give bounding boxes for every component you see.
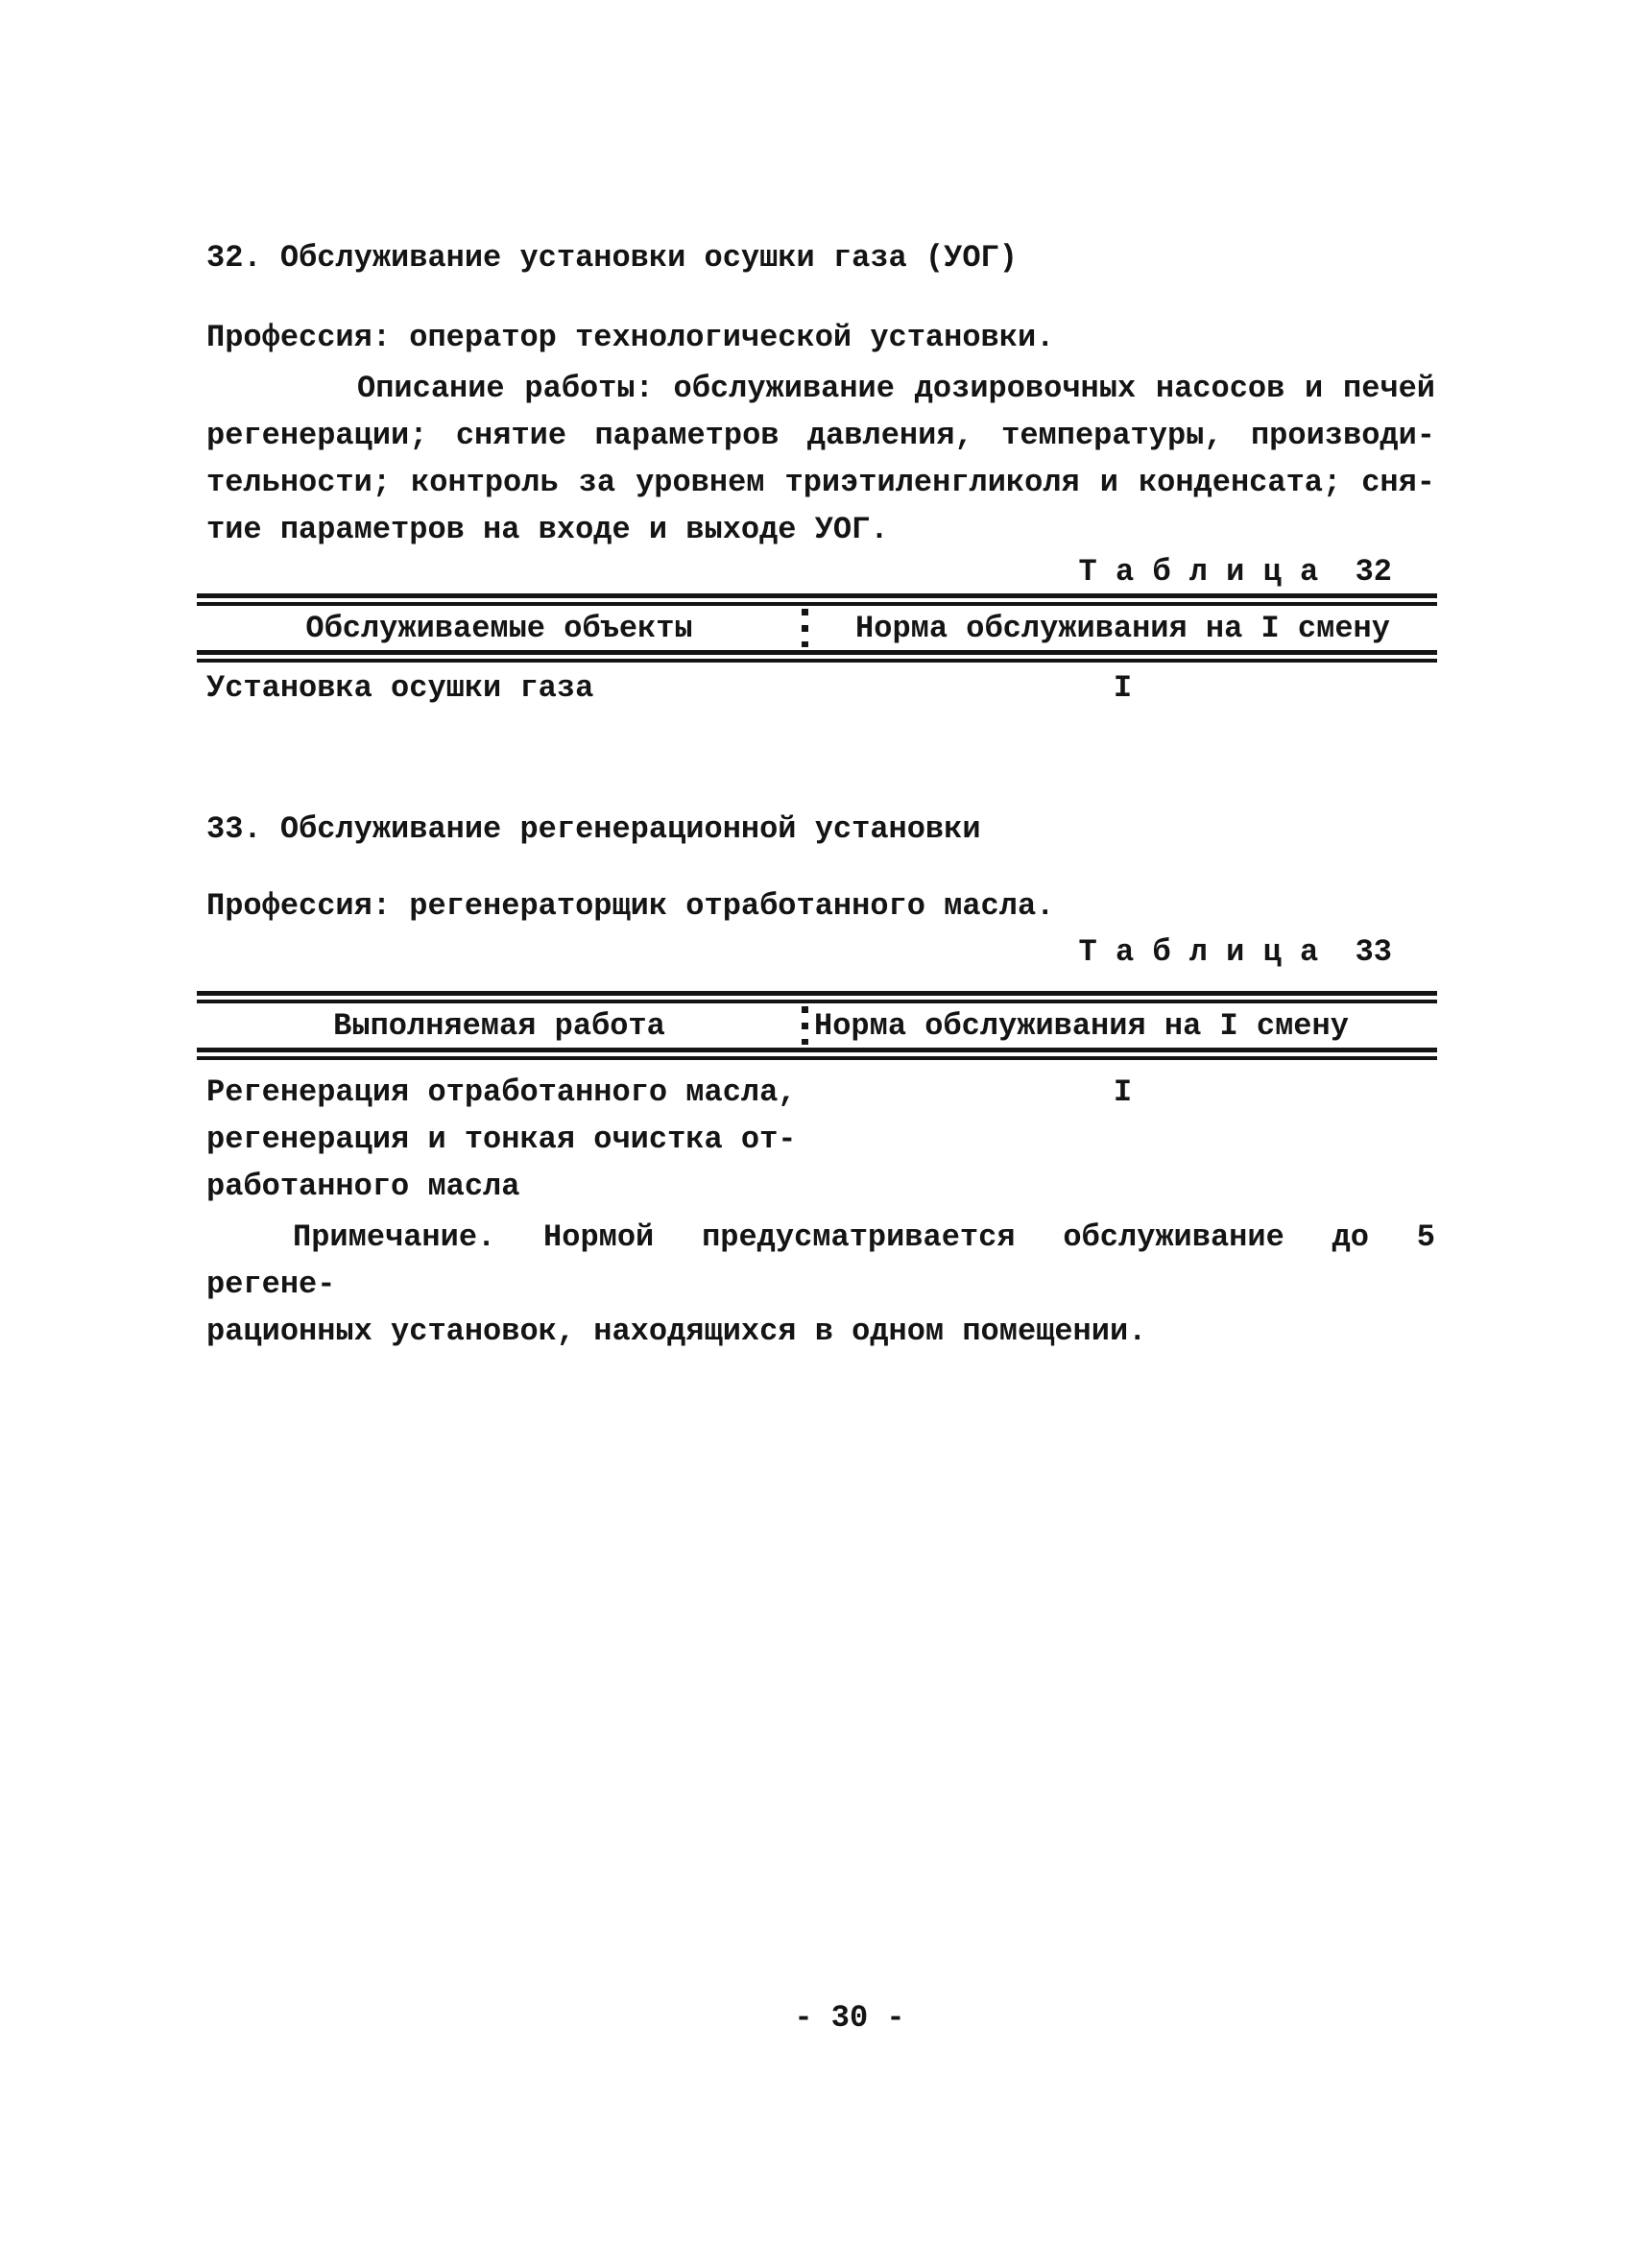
cell-line: Регенерация отработанного масла, [206, 1069, 808, 1116]
table-33-column-separator [802, 1006, 808, 1045]
table-33-col2-header: Норма обслуживания на I смену [808, 1003, 1437, 1048]
section-33-heading: 33. Обслуживание регенерационной установ… [206, 806, 1435, 853]
table-32-cell-object: Установка осушки газа [197, 664, 808, 712]
note-line: Примечание. Нормой предусматривается обс… [206, 1214, 1435, 1308]
table-32-column-separator [802, 609, 808, 647]
table-32-col1-header: Обслуживаемые объекты [197, 606, 802, 650]
table-33-caption: Т а б л и ц а 33 [206, 933, 1435, 972]
description-line: тие параметров на входе и выходе УОГ. [206, 506, 1435, 553]
table-33: Выполняемая работа Норма обслуживания на… [197, 991, 1437, 1210]
description-line: регенерации; снятие параметров давления,… [206, 412, 1435, 459]
table-32-header-rule [197, 650, 1437, 663]
cell-line: работанного масла [206, 1163, 808, 1210]
section-33-profession: Профессия: регенераторщик отработанного … [206, 882, 1435, 929]
section-32-heading: 32. Обслуживание установки осушки газа (… [206, 234, 1435, 281]
cell-line: регенерация и тонкая очистка от- [206, 1116, 808, 1163]
table-32-caption: Т а б л и ц а 32 [206, 553, 1435, 591]
note-line: рационных установок, находящихся в одном… [206, 1308, 1435, 1355]
section-33-note: Примечание. Нормой предусматривается обс… [206, 1214, 1435, 1355]
table-32: Обслуживаемые объекты Норма обслуживания… [197, 593, 1437, 712]
page-content: 32. Обслуживание установки осушки газа (… [206, 0, 1435, 1355]
table-33-cell-norm: I [808, 1069, 1437, 1210]
table-33-cell-work: Регенерация отработанного масла, регенер… [197, 1069, 808, 1210]
page-number: - 30 - [0, 1999, 1632, 2038]
table-33-header-row: Выполняемая работа Норма обслуживания на… [197, 1003, 1437, 1048]
document-page: 32. Обслуживание установки осушки газа (… [0, 0, 1632, 2268]
table-32-header-row: Обслуживаемые объекты Норма обслуживания… [197, 606, 1437, 650]
description-line: тельности; контроль за уровнем триэтилен… [206, 459, 1435, 506]
table-row: Установка осушки газа I [197, 663, 1437, 712]
table-33-col1-header: Выполняемая работа [197, 1003, 802, 1048]
section-32-profession: Профессия: оператор технологической уста… [206, 314, 1435, 361]
description-line: Описание работы: обслуживание дозировочн… [206, 365, 1435, 412]
section-32-description: Описание работы: обслуживание дозировочн… [206, 365, 1435, 553]
table-32-col2-header: Норма обслуживания на I смену [808, 606, 1437, 650]
table-32-cell-norm: I [808, 664, 1437, 712]
table-33-header-rule [197, 1048, 1437, 1060]
table-row: Регенерация отработанного масла, регенер… [197, 1060, 1437, 1210]
